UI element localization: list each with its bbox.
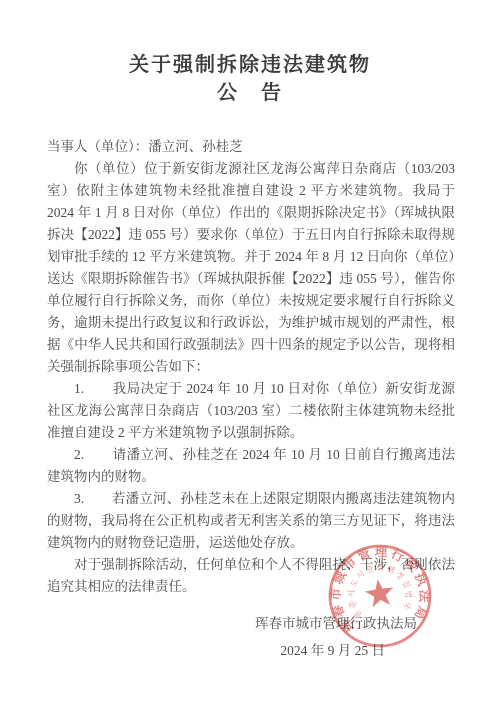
recipient-line: 当事人（单位）：潘立河、孙桂芝 — [47, 136, 455, 158]
paragraph-closing: 对于强制拆除活动，任何单位和个人不得阻挠、干涉，否则依法追究其相应的法律责任。 — [47, 554, 455, 598]
document-subtitle: 公 告 — [0, 80, 500, 106]
signature-date: 2024 年 9 月 25 日 — [47, 640, 455, 662]
paragraph-item-3: 3. 若潘立河、孙桂芝未在上述限定期限内搬离违法建筑物内的财物，我局将在公正机构… — [47, 488, 455, 554]
paragraph-item-2: 2. 请潘立河、孙桂芝在 2024 年 10 月 10 日前自行搬离违法建筑物内… — [47, 444, 455, 488]
signature-block: 珲春市城市管理行政执法局 2024 年 9 月 25 日 — [47, 613, 455, 662]
notice-document-page: 关于强制拆除违法建筑物 公 告 当事人（单位）：潘立河、孙桂芝 你（单位）位于新… — [0, 0, 500, 707]
signature-org: 珲春市城市管理行政执法局 — [47, 613, 455, 635]
document-body: 当事人（单位）：潘立河、孙桂芝 你（单位）位于新安街龙源社区龙海公寓萍日杂商店（… — [47, 136, 455, 662]
paragraph-item-1: 1. 我局决定于 2024 年 10 月 10 日对你（单位）新安街龙源社区龙海… — [47, 378, 455, 444]
document-title: 关于强制拆除违法建筑物 — [0, 0, 500, 78]
paragraph-intro: 你（单位）位于新安街龙源社区龙海公寓萍日杂商店（103/203 室）依附主体建筑… — [47, 158, 455, 378]
